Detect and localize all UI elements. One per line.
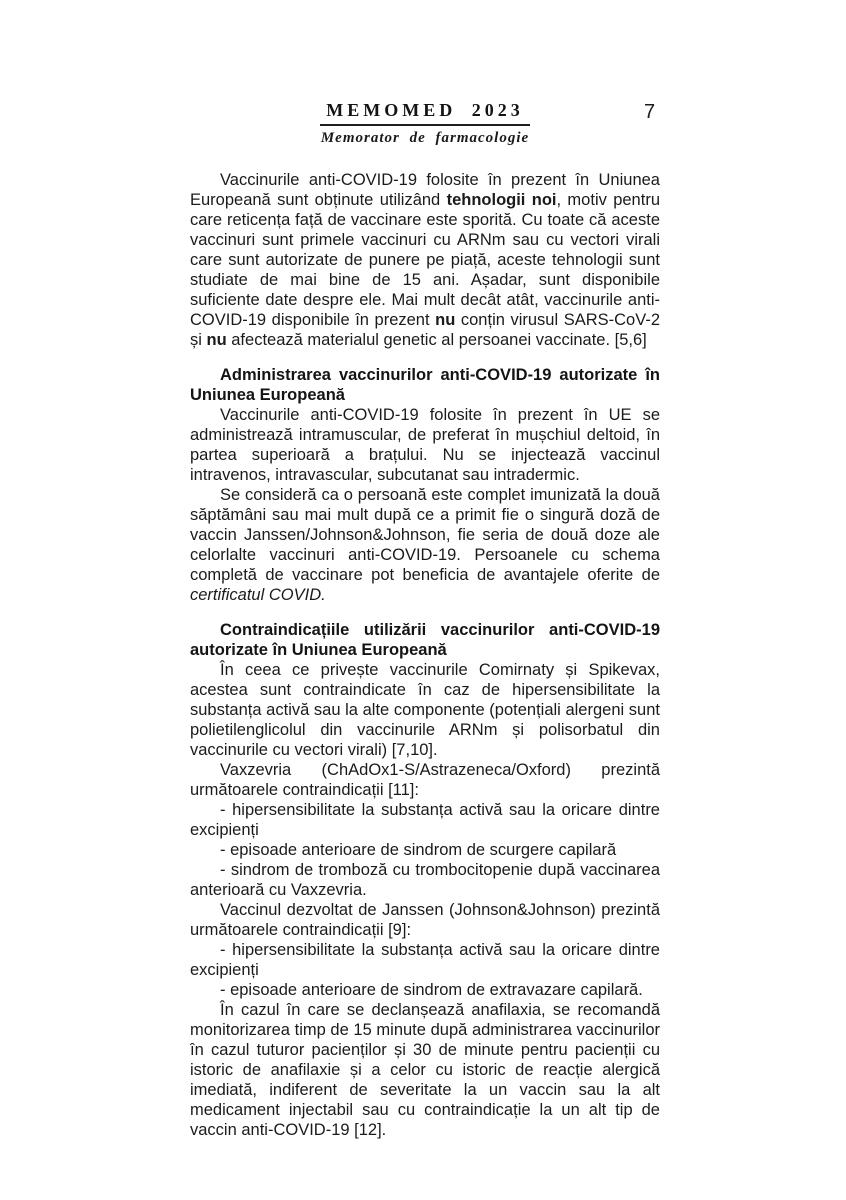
bullet-janssen-extravasation: - episoade anterioare de sindrom de extr… bbox=[190, 980, 660, 1000]
book-title: MEMOMED 2023 bbox=[326, 100, 523, 121]
text-run: , motiv pentru care reticența față de va… bbox=[190, 191, 660, 329]
paragraph-comirnaty-spikevax: În ceea ce privește vaccinurile Comirnat… bbox=[190, 660, 660, 760]
section-heading-administration: Administrarea vaccinurilor anti-COVID-19… bbox=[190, 365, 660, 405]
text-run: Contraindicațiile utilizării vaccinurilo… bbox=[190, 621, 660, 659]
book-title-underline: MEMOMED 2023 bbox=[320, 100, 529, 126]
text-run: certificatul COVID. bbox=[190, 586, 326, 604]
text-run: - hipersensibilitate la substanța activă… bbox=[190, 941, 660, 979]
page-header: MEMOMED 2023 Memorator de farmacologie bbox=[190, 100, 660, 148]
bullet-janssen-hypersensitivity: - hipersensibilitate la substanța activă… bbox=[190, 940, 660, 980]
text-run: - episoade anterioare de sindrom de extr… bbox=[220, 981, 643, 999]
text-run: - episoade anterioare de sindrom de scur… bbox=[220, 841, 616, 859]
text-run: Vaccinul dezvoltat de Janssen (Johnson&J… bbox=[190, 901, 660, 939]
text-run: - sindrom de tromboză cu trombocitopenie… bbox=[190, 861, 660, 899]
paragraph-janssen-intro: Vaccinul dezvoltat de Janssen (Johnson&J… bbox=[190, 900, 660, 940]
paragraph-vaccine-technologies: Vaccinurile anti-COVID-19 folosite în pr… bbox=[190, 170, 660, 350]
text-run: În ceea ce privește vaccinurile Comirnat… bbox=[190, 661, 660, 759]
section-heading-contraindications: Contraindicațiile utilizării vaccinurilo… bbox=[190, 620, 660, 660]
book-subtitle: Memorator de farmacologie bbox=[190, 128, 660, 148]
paragraph-immunization-schedule: Se consideră ca o persoană este complet … bbox=[190, 485, 660, 605]
paragraph-anaphylaxis-monitoring: În cazul în care se declanșează anafilax… bbox=[190, 1000, 660, 1140]
text-run: nu bbox=[207, 331, 227, 349]
text-run: Administrarea vaccinurilor anti-COVID-19… bbox=[190, 366, 660, 404]
text-run: afectează materialul genetic al persoane… bbox=[227, 331, 647, 349]
page-content: MEMOMED 2023 Memorator de farmacologie V… bbox=[190, 100, 660, 1140]
text-run: În cazul în care se declanșează anafilax… bbox=[190, 1001, 660, 1139]
text-run: Vaccinurile anti-COVID-19 folosite în pr… bbox=[190, 406, 660, 484]
bullet-vaxzevria-hypersensitivity: - hipersensibilitate la substanța activă… bbox=[190, 800, 660, 840]
document-page: 7 MEMOMED 2023 Memorator de farmacologie… bbox=[0, 0, 846, 1200]
text-run: - hipersensibilitate la substanța activă… bbox=[190, 801, 660, 839]
body-text: Vaccinurile anti-COVID-19 folosite în pr… bbox=[190, 170, 660, 1140]
text-run: Vaxzevria (ChAdOx1-S/Astrazeneca/Oxford)… bbox=[190, 761, 660, 799]
text-run: nu bbox=[435, 311, 455, 329]
text-run: tehnologii noi bbox=[447, 191, 557, 209]
paragraph-administration-route: Vaccinurile anti-COVID-19 folosite în pr… bbox=[190, 405, 660, 485]
paragraph-vaxzevria-intro: Vaxzevria (ChAdOx1-S/Astrazeneca/Oxford)… bbox=[190, 760, 660, 800]
bullet-vaxzevria-thrombosis: - sindrom de tromboză cu trombocitopenie… bbox=[190, 860, 660, 900]
bullet-vaxzevria-capillary-leak: - episoade anterioare de sindrom de scur… bbox=[190, 840, 660, 860]
text-run: Se consideră ca o persoană este complet … bbox=[190, 486, 660, 584]
